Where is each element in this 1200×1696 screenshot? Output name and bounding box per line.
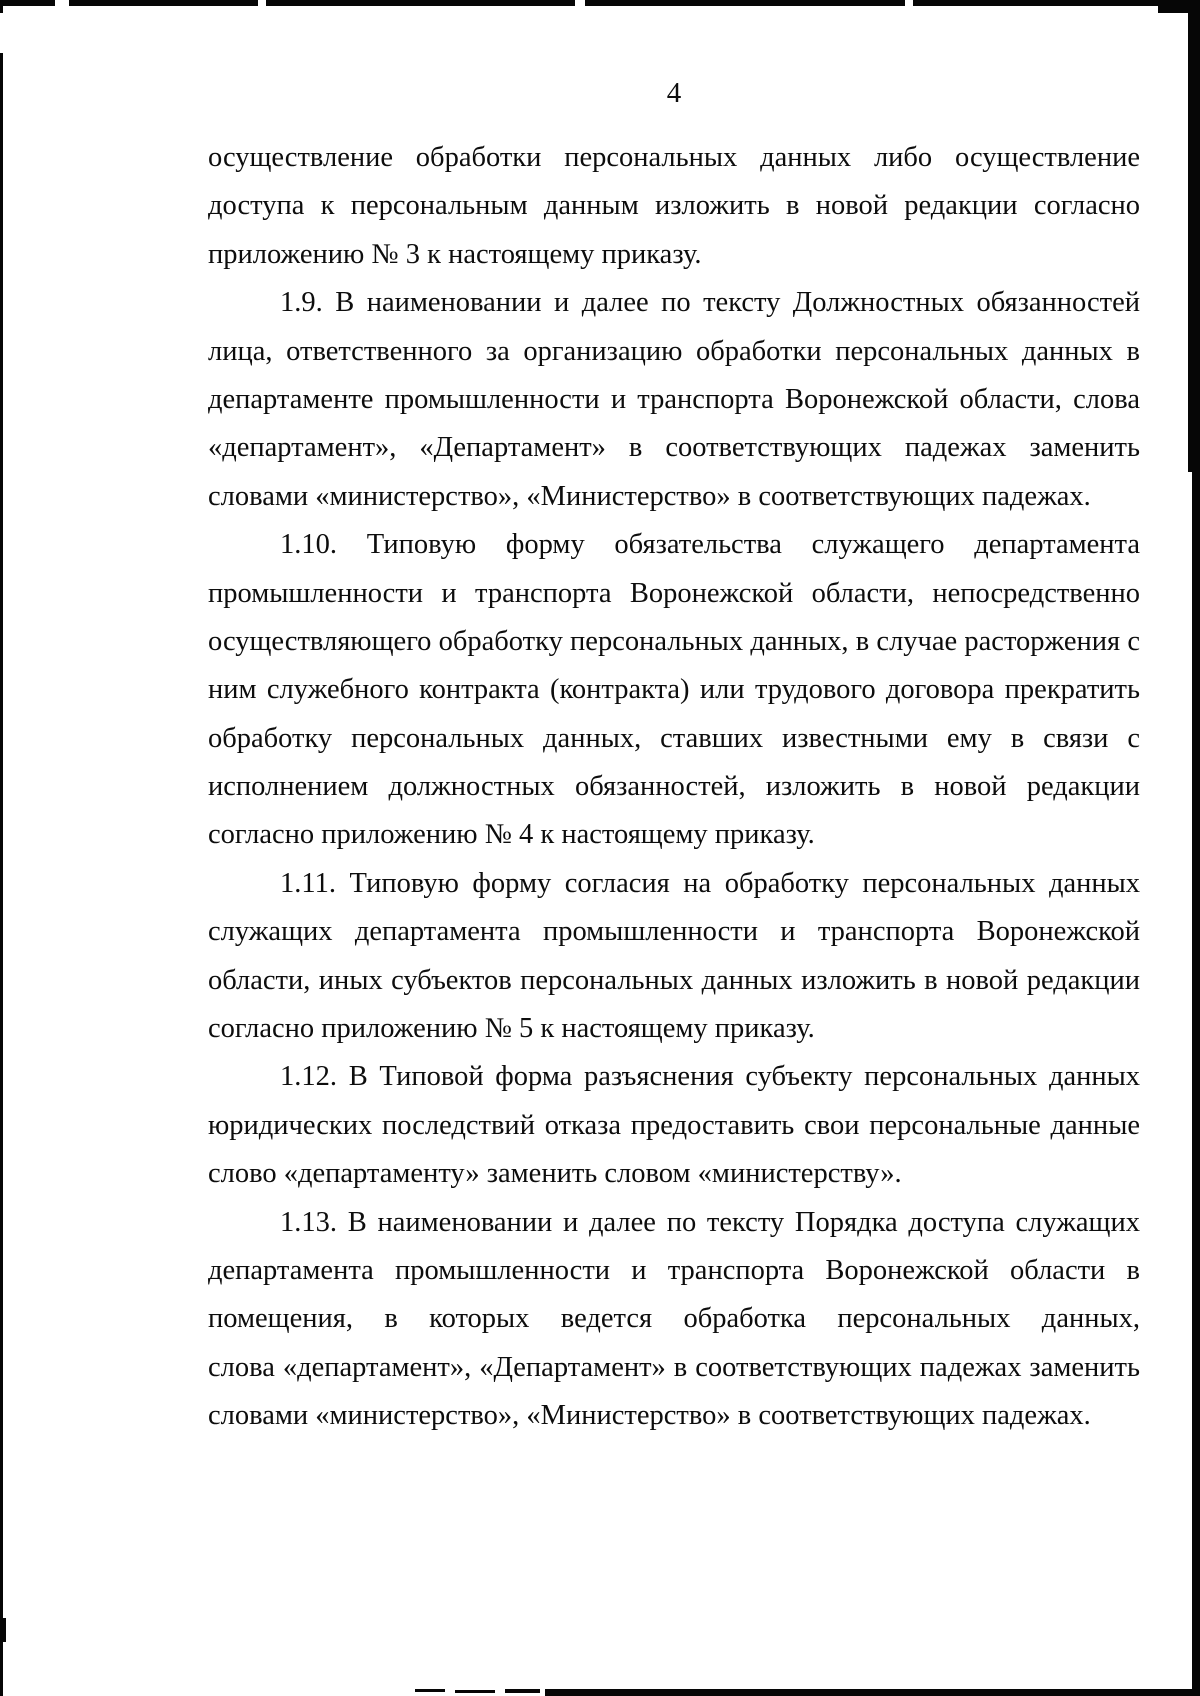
text-line: осуществление обработки персональных дан… bbox=[208, 134, 1140, 182]
text-line: 1.11. Типовую форму согласия на обработк… bbox=[208, 860, 1140, 908]
scan-edge-gap bbox=[0, 13, 3, 53]
text-line: осуществляющего обработку персональных д… bbox=[208, 618, 1140, 666]
text-line: согласно приложению № 5 к настоящему при… bbox=[208, 1005, 1140, 1053]
text-line: слова «департамент», «Департамент» в соо… bbox=[208, 1344, 1140, 1392]
scan-edge-bottom bbox=[545, 1689, 1200, 1696]
scan-dash-bottom bbox=[455, 1690, 495, 1693]
text-line: 1.9. В наименовании и далее по тексту До… bbox=[208, 279, 1140, 327]
scan-edge-gap bbox=[575, 0, 585, 6]
text-line: слово «департаменту» заменить словом «ми… bbox=[208, 1150, 1140, 1198]
scan-dash-bottom bbox=[415, 1689, 445, 1692]
text-line: обработку персональных данных, ставших и… bbox=[208, 715, 1140, 763]
text-line: промышленности и транспорта Воронежской … bbox=[208, 570, 1140, 618]
text-line: ним служебного контракта (контракта) или… bbox=[208, 666, 1140, 714]
scanned-document-page: 4 осуществление обработки персональных д… bbox=[0, 0, 1200, 1696]
scan-edge-right-lower bbox=[1192, 472, 1200, 1696]
text-line: лица, ответственного за организацию обра… bbox=[208, 328, 1140, 376]
text-line: доступа к персональным данным изложить в… bbox=[208, 182, 1140, 230]
text-line: согласно приложению № 4 к настоящему при… bbox=[208, 811, 1140, 859]
page-number: 4 bbox=[208, 76, 1140, 110]
scan-edge-left bbox=[0, 0, 3, 1696]
text-line: 1.10. Типовую форму обязательства служащ… bbox=[208, 521, 1140, 569]
scan-mark-left bbox=[0, 1618, 6, 1642]
scan-edge-right-upper bbox=[1188, 0, 1200, 472]
text-line: области, иных субъектов персональных дан… bbox=[208, 957, 1140, 1005]
text-line: исполнением должностных обязанностей, из… bbox=[208, 763, 1140, 811]
scan-edge-gap bbox=[905, 0, 913, 6]
text-line: приложению № 3 к настоящему приказу. bbox=[208, 231, 1140, 279]
scan-edge-gap bbox=[55, 0, 69, 6]
text-line: словами «министерство», «Министерство» в… bbox=[208, 473, 1140, 521]
scan-dash-bottom bbox=[505, 1689, 540, 1693]
text-line: 1.12. В Типовой форма разъяснения субъек… bbox=[208, 1053, 1140, 1101]
text-line: «департамент», «Департамент» в соответст… bbox=[208, 424, 1140, 472]
text-line: департамента промышленности и транспорта… bbox=[208, 1247, 1140, 1295]
text-line: департаменте промышленности и транспорта… bbox=[208, 376, 1140, 424]
text-line: юридических последствий отказа предостав… bbox=[208, 1102, 1140, 1150]
text-line: 1.13. В наименовании и далее по тексту П… bbox=[208, 1199, 1140, 1247]
document-text: осуществление обработки персональных дан… bbox=[208, 134, 1140, 1441]
text-line: служащих департамента промышленности и т… bbox=[208, 908, 1140, 956]
scan-edge-top bbox=[0, 0, 1200, 6]
scan-edge-gap bbox=[258, 0, 266, 6]
text-line: словами «министерство», «Министерство» в… bbox=[208, 1392, 1140, 1440]
text-line: помещения, в которых ведется обработка п… bbox=[208, 1295, 1140, 1343]
